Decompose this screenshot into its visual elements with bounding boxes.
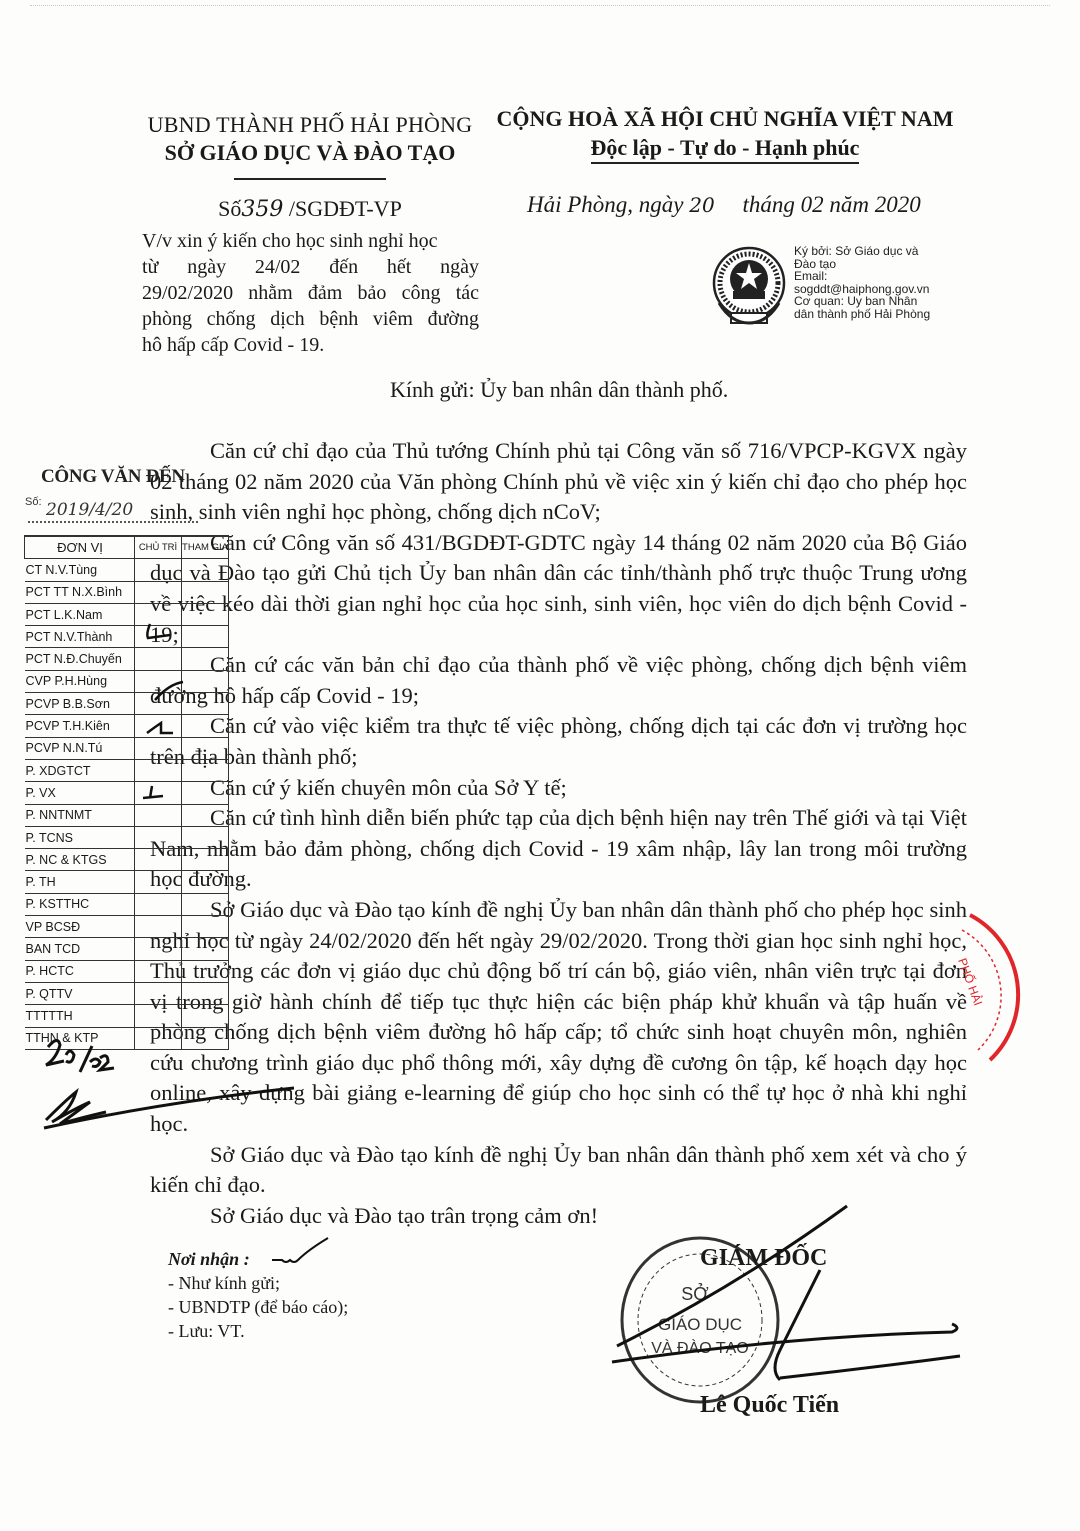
routing-tham-gia-cell [182, 849, 229, 871]
routing-table-row: P. TCNS [25, 826, 229, 848]
routing-chu-tri-cell [135, 849, 182, 871]
routing-tham-gia-cell [182, 603, 229, 625]
routing-table-row: TTHN & KTP [25, 1027, 229, 1049]
column-chu-tri: CHỦ TRÌ [135, 536, 182, 559]
routing-table-row: TTTTTH [25, 1005, 229, 1027]
routing-unit: P. VX [25, 782, 135, 804]
routing-tham-gia-cell [182, 648, 229, 670]
routing-table-row: P. TH [25, 871, 229, 893]
routing-chu-tri-cell [135, 648, 182, 670]
routing-table-header: ĐƠN VỊ CHỦ TRÌ THAM GIA [25, 536, 229, 559]
body-paragraph: Sở Giáo dục và Đào tạo kính đề nghị Ủy b… [150, 1140, 967, 1201]
routing-chu-tri-cell [135, 737, 182, 759]
routing-chu-tri-cell [135, 826, 182, 848]
routing-chu-tri-cell [135, 626, 182, 648]
routing-unit: BAN TCD [25, 938, 135, 960]
body-paragraph: Căn cứ chỉ đạo của Thủ tướng Chính phủ t… [150, 436, 967, 528]
routing-tham-gia-cell [182, 715, 229, 737]
routing-unit: P. TH [25, 871, 135, 893]
routing-unit: P. TCNS [25, 826, 135, 848]
routing-table: ĐƠN VỊ CHỦ TRÌ THAM GIA CT N.V.TùngPCT T… [24, 535, 229, 1050]
incoming-number-handwritten: 2019/4/20 [46, 500, 133, 520]
recipients-title: Nơi nhận : [168, 1247, 348, 1271]
greeting: Kính gửi: Ủy ban nhân dân thành phố. [390, 377, 728, 403]
routing-chu-tri-cell [135, 693, 182, 715]
routing-chu-tri-cell [135, 581, 182, 603]
routing-tham-gia-cell [182, 737, 229, 759]
routing-tham-gia-cell [182, 670, 229, 692]
routing-unit: CT N.V.Tùng [25, 559, 135, 581]
svg-text:VÀ ĐÀO TẠO: VÀ ĐÀO TẠO [651, 1338, 749, 1357]
routing-unit: TTTTTH [25, 1005, 135, 1027]
routing-table-row: P. NNTNMT [25, 804, 229, 826]
body-paragraph: Căn cứ tình hình diễn biến phức tạp của … [150, 803, 967, 895]
incoming-stamp-title: CÔNG VĂN ĐẾN [41, 466, 185, 488]
routing-unit: P. QTTV [25, 982, 135, 1004]
routing-unit: PCT L.K.Nam [25, 603, 135, 625]
routing-unit: PCVP T.H.Kiên [25, 715, 135, 737]
national-emblem-icon [711, 243, 787, 331]
routing-tham-gia-cell [182, 938, 229, 960]
routing-tham-gia-cell [182, 804, 229, 826]
column-unit: ĐƠN VỊ [25, 536, 135, 559]
signer-title: GIÁM ĐỐC [700, 1245, 827, 1272]
routing-tham-gia-cell [182, 759, 229, 781]
routing-tham-gia-cell [182, 693, 229, 715]
routing-table-row: PCT N.V.Thành [25, 626, 229, 648]
routing-tham-gia-cell [182, 1005, 229, 1027]
routing-tham-gia-cell [182, 982, 229, 1004]
issuer-name: SỞ GIÁO DỤC VÀ ĐÀO TẠO [130, 140, 490, 166]
issuer-parent: UBND THÀNH PHỐ HẢI PHÒNG [130, 112, 490, 138]
handwritten-number: 359 [241, 197, 283, 222]
recipient-item: - Lưu: VT. [168, 1319, 348, 1343]
column-tham-gia: THAM GIA [182, 536, 229, 559]
routing-table-row: BAN TCD [25, 938, 229, 960]
routing-chu-tri-cell [135, 759, 182, 781]
routing-table-row: CVP P.H.Hùng✓ [25, 670, 229, 692]
routing-tham-gia-cell [182, 871, 229, 893]
routing-table-row: PCVP N.N.Tú [25, 737, 229, 759]
routing-table-row: P. VX✓ [25, 782, 229, 804]
issuer-header: UBND THÀNH PHỐ HẢI PHÒNG SỞ GIÁO DỤC VÀ … [130, 112, 490, 180]
body-paragraph: Sở Giáo dục và Đào tạo kính đề nghị Ủy b… [150, 895, 967, 1140]
routing-tham-gia-cell [182, 626, 229, 648]
issuer-underline [234, 178, 386, 180]
routing-tham-gia-cell [182, 893, 229, 915]
national-motto: Độc lập - Tự do - Hạnh phúc [591, 135, 860, 164]
routing-chu-tri-cell [135, 1005, 182, 1027]
routing-chu-tri-cell [135, 559, 182, 581]
routing-unit: PCT N.Đ.Chuyến [25, 648, 135, 670]
routing-tham-gia-cell [182, 782, 229, 804]
routing-tham-gia-cell [182, 826, 229, 848]
routing-unit: P. XDGTCT [25, 759, 135, 781]
routing-chu-tri-cell [135, 871, 182, 893]
routing-table-row: P. NC & KTGS [25, 849, 229, 871]
routing-tham-gia-cell [182, 960, 229, 982]
routing-chu-tri-cell [135, 916, 182, 938]
routing-table-row: PCT TT N.X.Bình [25, 581, 229, 603]
routing-tham-gia-cell [182, 559, 229, 581]
document-subject: V/v xin ý kiến cho học sinh nghỉ học từ … [142, 228, 479, 358]
routing-unit: P. HCTC [25, 960, 135, 982]
body-paragraph: Căn cứ Công văn số 431/BGDĐT-GDTC ngày 1… [150, 528, 967, 650]
routing-tham-gia-cell [182, 1027, 229, 1049]
signer-name: Lê Quốc Tiến [700, 1392, 839, 1419]
routing-table-row: PCT N.Đ.Chuyến [25, 648, 229, 670]
routing-unit: PCVP B.B.Sơn [25, 693, 135, 715]
routing-table-row: P. XDGTCT [25, 759, 229, 781]
recipient-item: - Như kính gửi; [168, 1271, 348, 1295]
scan-edge-line [30, 5, 1050, 6]
routing-table-row: P. KSTTHC [25, 893, 229, 915]
handwritten-day: 20 [689, 193, 714, 217]
routing-chu-tri-cell [135, 960, 182, 982]
routing-chu-tri-cell: ✓ [135, 603, 182, 625]
director-signature [612, 1206, 960, 1380]
routing-unit: P. KSTTHC [25, 893, 135, 915]
routing-table-row: CT N.V.Tùng [25, 559, 229, 581]
routing-chu-tri-cell: ✓ [135, 715, 182, 737]
national-header: CỘNG HOÀ XÃ HỘI CHỦ NGHĨA VIỆT NAM Độc l… [490, 106, 960, 164]
routing-unit: PCT N.V.Thành [25, 626, 135, 648]
body-paragraph: Sở Giáo dục và Đào tạo trân trọng cảm ơn… [150, 1201, 967, 1232]
place-date: Hải Phòng, ngày 20 tháng 02 năm 2020 [527, 192, 921, 218]
incoming-number-dots [28, 521, 198, 523]
routing-chu-tri-cell: ✓ [135, 670, 182, 692]
digital-signature-info: Ký bởi: Sở Giáo dục và Đào tạo Email: so… [794, 245, 930, 320]
svg-text:GIÁO DỤC: GIÁO DỤC [658, 1315, 742, 1334]
document-body: Căn cứ chỉ đạo của Thủ tướng Chính phủ t… [150, 436, 967, 1231]
routing-table-row: PCVP T.H.Kiên✓ [25, 715, 229, 737]
routing-unit: P. NNTNMT [25, 804, 135, 826]
recipients-block: Nơi nhận : - Như kính gửi; - UBNDTP (để … [168, 1247, 348, 1343]
routing-unit: PCT TT N.X.Bình [25, 581, 135, 603]
national-title: CỘNG HOÀ XÃ HỘI CHỦ NGHĨA VIỆT NAM [490, 106, 960, 132]
routing-unit: TTHN & KTP [25, 1027, 135, 1049]
routing-chu-tri-cell [135, 982, 182, 1004]
routing-chu-tri-cell [135, 938, 182, 960]
document-number: Số359 /SGDĐT-VP [130, 196, 490, 222]
routing-table-row: VP BCSĐ [25, 916, 229, 938]
routing-unit: VP BCSĐ [25, 916, 135, 938]
body-paragraph: Căn cứ vào việc kiểm tra thực tế việc ph… [150, 711, 967, 772]
routing-chu-tri-cell [135, 893, 182, 915]
routing-chu-tri-cell [135, 804, 182, 826]
routing-table-row: PCVP B.B.Sơn [25, 693, 229, 715]
routing-chu-tri-cell: ✓ [135, 782, 182, 804]
routing-table-row: P. HCTC [25, 960, 229, 982]
routing-unit: PCVP N.N.Tú [25, 737, 135, 759]
routing-unit: P. NC & KTGS [25, 849, 135, 871]
routing-tham-gia-cell [182, 581, 229, 603]
incoming-number-label: Số: [25, 496, 42, 508]
body-paragraph: Căn cứ ý kiến chuyên môn của Sở Y tế; [150, 773, 967, 804]
recipient-item: - UBNDTP (để báo cáo); [168, 1295, 348, 1319]
routing-table-row: PCT L.K.Nam✓ [25, 603, 229, 625]
routing-table-row: P. QTTV [25, 982, 229, 1004]
svg-text:SỞ: SỞ [681, 1283, 709, 1304]
routing-tham-gia-cell [182, 916, 229, 938]
body-paragraph: Căn cứ các văn bản chỉ đạo của thành phố… [150, 650, 967, 711]
routing-unit: CVP P.H.Hùng [25, 670, 135, 692]
routing-chu-tri-cell [135, 1027, 182, 1049]
